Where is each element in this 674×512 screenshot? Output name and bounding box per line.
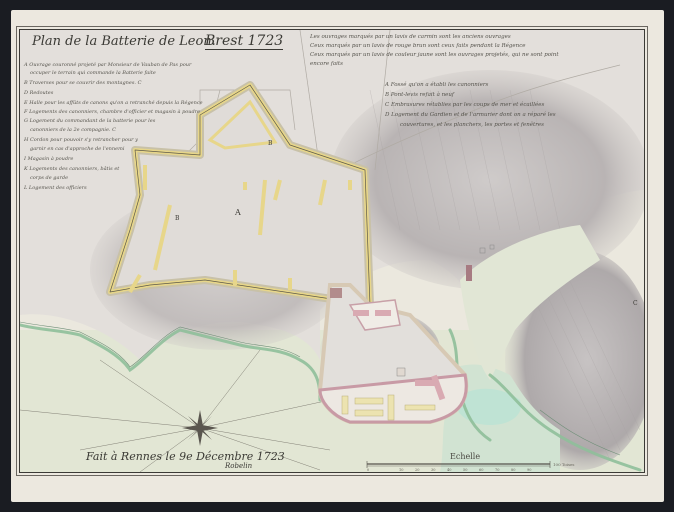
legend-item: C Embrasures rétablies par les coups de … [385,102,544,108]
color-note: Les ouvrages marqués par un lavis de car… [310,34,511,40]
color-note: Ceux marqués par un lavis de rouge brun … [310,43,526,49]
legend-item: B Traverses pour se couvrir des montagne… [24,80,141,86]
map-title: Plan de la Batterie de Leon. [32,34,216,49]
legend-item: F Logements des canonniers, chambre d'of… [24,109,200,115]
plan-label-c: C [633,300,638,307]
map-drawing [20,30,644,472]
legend-item: L Logement des officiers [24,185,87,191]
legend-item: K Logements des canonniers, bâtis et [24,166,119,172]
signature-name: Robelin [225,462,252,470]
legend-item: A Ouvrage couronné projeté par Monsieur … [24,62,191,68]
legend-item: D Redoutes [24,90,53,96]
color-note: Ceux marqués par un lavis de couleur jau… [310,52,559,58]
color-note: encore faits [310,61,343,67]
map-frame: Plan de la Batterie de Leon. Brest 1723 … [19,29,645,473]
map-subtitle: Brest 1723 [205,33,283,50]
legend-item: D Logement du Gardien et de l'armurier d… [385,112,556,118]
legend-item: I Magasin à poudre [24,156,73,162]
plan-label-b: B [268,140,272,147]
legend-item: H Cordon pour pouvoir s'y retrancher pou… [24,137,138,143]
plan-label-b: B [175,215,179,222]
legend-item: couvertures, et les planchers, les porte… [400,122,544,128]
legend-item: G Logement du commandant de la batterie … [24,118,155,124]
legend-item: canonniers de la 2e compagnie. C [30,127,116,133]
legend-item: occuper le terrain qui commande la Batte… [30,70,156,76]
legend-item: garnir en cas d'approche de l'ennemi [30,146,124,152]
signature-line: Fait à Rennes le 9e Décembre 1723 [86,450,285,463]
legend-item: B Pont-levis refait à neuf [385,92,454,98]
scale-label: Echelle [450,452,480,461]
legend-item: corps de garde [30,175,68,181]
plan-label-a: A [235,208,241,217]
legend-item: A Fossé qu'on a établi les canonniers [385,82,488,88]
legend-item: E Halle pour les affûts de canons qu'on … [24,100,203,106]
